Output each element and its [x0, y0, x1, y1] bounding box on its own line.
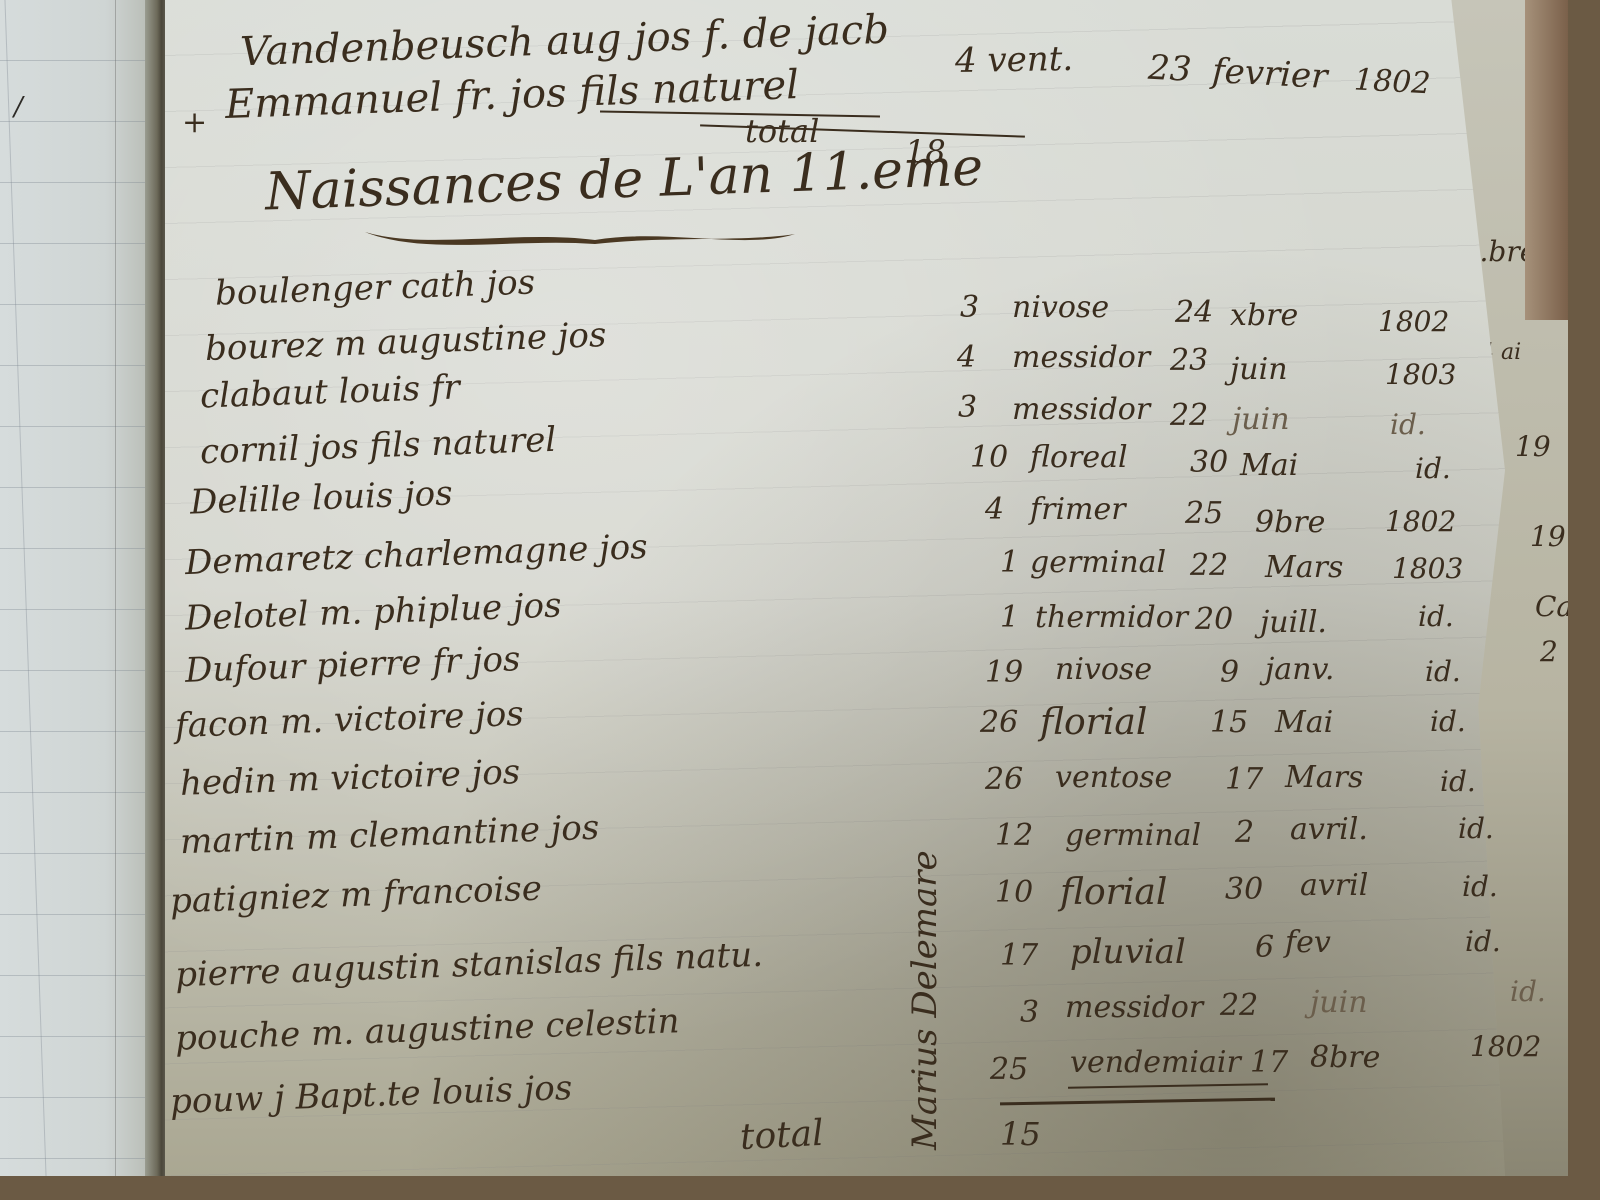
entry-gregorian-month: janv. — [1265, 652, 1334, 687]
entry-year: 1803 — [1385, 358, 1456, 391]
header-margin-mark: + — [182, 105, 207, 140]
header-entry-rep-day: 4 vent. — [955, 39, 1074, 81]
entry-gregorian-day: 15 — [1210, 705, 1248, 740]
entry-gregorian-day: 30 — [1190, 445, 1228, 480]
entry-republican-day: 26 — [985, 762, 1023, 797]
register-photo: / et 6 8.bre 4 ai 19 19 Ca 2 Vandenbeusc… — [0, 0, 1568, 1176]
entry-republican-month: vendemiair — [1070, 1045, 1241, 1080]
entry-year: id. — [1465, 925, 1501, 958]
footer-total-value: 15 — [1000, 1115, 1041, 1153]
entry-republican-month: florial — [1060, 872, 1167, 913]
entry-republican-day: 1 — [1000, 600, 1019, 635]
entry-year: id. — [1440, 765, 1476, 798]
entry-republican-day: 3 — [960, 290, 979, 325]
entry-year: id. — [1462, 870, 1498, 903]
entry-year: id. — [1430, 705, 1466, 738]
left-facing-page: / — [0, 0, 150, 1176]
entry-gregorian-day: 22 — [1220, 988, 1258, 1023]
adjacent-fragment: 19 — [1530, 520, 1566, 553]
entry-republican-day: 12 — [995, 818, 1033, 853]
entry-republican-day: 3 — [958, 390, 977, 425]
entry-republican-month: nivose — [1012, 290, 1109, 325]
entry-gregorian-month: avril — [1300, 868, 1368, 903]
entry-gregorian-month: Mars — [1285, 760, 1363, 795]
entry-republican-month: florial — [1040, 702, 1147, 743]
title-flourish-icon — [365, 222, 795, 252]
entry-gregorian-month: xbre — [1230, 298, 1298, 333]
entry-gregorian-month: 9bre — [1255, 505, 1325, 540]
entry-gregorian-month: juin — [1232, 402, 1290, 437]
entry-republican-month: messidor — [1012, 392, 1150, 427]
entry-gregorian-month: juin — [1310, 985, 1368, 1020]
ruled-margin-line — [4, 0, 46, 1176]
entry-year: 1802 — [1470, 1030, 1541, 1063]
entry-gregorian-day: 17 — [1250, 1045, 1288, 1080]
entry-republican-day: 17 — [1000, 938, 1038, 973]
entry-gregorian-month: 8bre — [1310, 1040, 1380, 1075]
entry-gregorian-day: 17 — [1225, 762, 1263, 797]
entry-republican-day: 10 — [995, 875, 1033, 910]
entry-republican-month: nivose — [1055, 652, 1152, 687]
entry-gregorian-day: 22 — [1190, 548, 1228, 583]
entry-gregorian-month: juin — [1230, 352, 1288, 387]
entry-year: id. — [1415, 452, 1451, 485]
entry-republican-day: 1 — [1000, 545, 1019, 580]
book-cover-edge — [1525, 0, 1568, 320]
entry-year: 1802 — [1385, 505, 1456, 538]
entry-republican-day: 4 — [985, 492, 1004, 527]
entry-year: id. — [1425, 655, 1461, 688]
entry-gregorian-month: fev — [1285, 925, 1331, 960]
entry-gregorian-month: avril. — [1290, 812, 1368, 847]
left-page-mark: / — [14, 92, 23, 122]
entry-republican-month: ventose — [1055, 760, 1172, 795]
entry-year: id. — [1390, 408, 1426, 441]
entry-gregorian-month: Mai — [1240, 448, 1298, 483]
adjacent-fragment: Ca — [1535, 590, 1568, 623]
entry-gregorian-day: 23 — [1170, 343, 1208, 378]
entry-year: 1802 — [1378, 305, 1449, 338]
entry-republican-month: floreal — [1030, 440, 1128, 475]
ruled-margin-line — [115, 0, 116, 1176]
vertical-marginal-note: Marius Delemare — [905, 850, 945, 1150]
entry-republican-day: 19 — [985, 655, 1023, 690]
entry-republican-day: 26 — [980, 705, 1018, 740]
entry-republican-month: frimer — [1030, 492, 1126, 527]
entry-republican-month: messidor — [1065, 990, 1203, 1025]
adjacent-fragment: 2 — [1540, 635, 1558, 668]
entry-gregorian-day: 9 — [1220, 655, 1239, 690]
entry-gregorian-day: 20 — [1195, 602, 1233, 637]
entry-republican-month: germinal — [1065, 818, 1201, 853]
entry-gregorian-day: 6 — [1255, 930, 1274, 965]
entry-republican-day: 10 — [970, 440, 1008, 475]
entry-republican-month: messidor — [1012, 340, 1150, 375]
entry-gregorian-day: 2 — [1235, 815, 1254, 850]
entry-republican-day: 25 — [990, 1052, 1028, 1087]
entry-gregorian-day: 25 — [1185, 496, 1223, 531]
entry-gregorian-month: Mai — [1275, 705, 1333, 740]
entry-republican-month: pluvial — [1070, 932, 1186, 972]
adjacent-fragment: 19 — [1515, 430, 1551, 463]
entry-gregorian-day: 24 — [1175, 295, 1213, 330]
entry-year: id. — [1510, 975, 1546, 1008]
footer-total-label: total — [739, 1113, 825, 1158]
entry-republican-month: thermidor — [1035, 600, 1188, 635]
entry-year: 1803 — [1392, 552, 1463, 585]
entry-gregorian-month: Mars — [1265, 550, 1343, 585]
entry-gregorian-month: juill. — [1260, 605, 1327, 640]
entry-republican-day: 3 — [1020, 995, 1039, 1030]
entry-year: id. — [1418, 600, 1454, 633]
entry-gregorian-day: 30 — [1225, 872, 1263, 907]
entry-gregorian-day: 22 — [1170, 398, 1208, 433]
entry-republican-day: 4 — [957, 340, 976, 375]
entry-year: id. — [1458, 812, 1494, 845]
entry-republican-month: germinal — [1030, 545, 1166, 580]
